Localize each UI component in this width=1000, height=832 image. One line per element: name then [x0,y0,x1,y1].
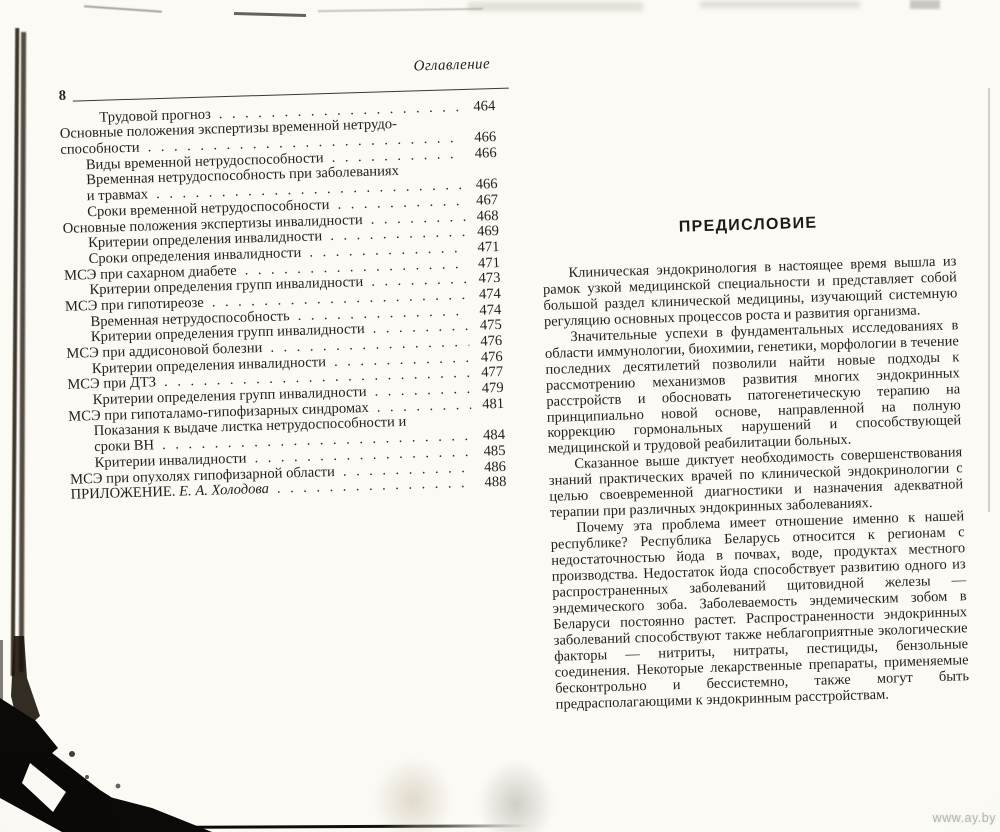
toc-page: Оглавление 8 Трудовой прогноз...........… [58,57,507,504]
preface-page: ПРЕДИСЛОВИЕ Клиническая эндокринология в… [541,211,970,713]
paper-smudge [374,758,452,832]
scan-left-edge-streak [11,28,20,676]
dot-leader: ........................................… [369,398,472,417]
header-rule [73,87,509,101]
top-edge-smudge [318,8,483,12]
preface-body: Клиническая эндокринология в настоящее в… [542,254,969,713]
top-edge-smudge [234,12,306,17]
top-edge-smudge [700,1,860,8]
toc-page-number: 485 [472,444,505,461]
toc-page-number: 488 [473,475,506,492]
watermark: www.ay.by [933,811,996,825]
bottom-edge-line [196,825,528,829]
toc-page-number: 471 [466,240,499,257]
toc-page-number: 481 [471,397,504,414]
page-number: 8 [59,89,67,105]
scan-left-edge-streak [0,640,3,760]
top-edge-smudge [910,0,940,9]
gutter-shadow [478,760,554,832]
photo-corner-tear [0,636,560,832]
preface-paragraph: Значительные успехи в фундаментальных ис… [544,318,962,458]
toc-page-number: 464 [462,99,495,116]
toc-list: Трудовой прогноз........................… [59,99,506,504]
top-edge-smudge [468,2,643,11]
toc-entry-author: Е. А. Холодова [175,481,269,500]
toc-page-number: 466 [463,146,496,163]
top-edge-smudge [84,5,162,12]
toc-entry-text: ПРИЛОЖЕНИЕ. Е. А. Холодова [70,482,269,504]
page-edge-line [988,88,990,512]
preface-paragraph: Почему эта проблема имеет отношение имен… [550,509,970,713]
scan-left-edge-streak [19,32,26,672]
book-scan: Оглавление 8 Трудовой прогноз...........… [0,0,1000,832]
chapter-title: ПРЕДИСЛОВИЕ [541,211,955,240]
toc-page-number: 467 [465,193,498,210]
